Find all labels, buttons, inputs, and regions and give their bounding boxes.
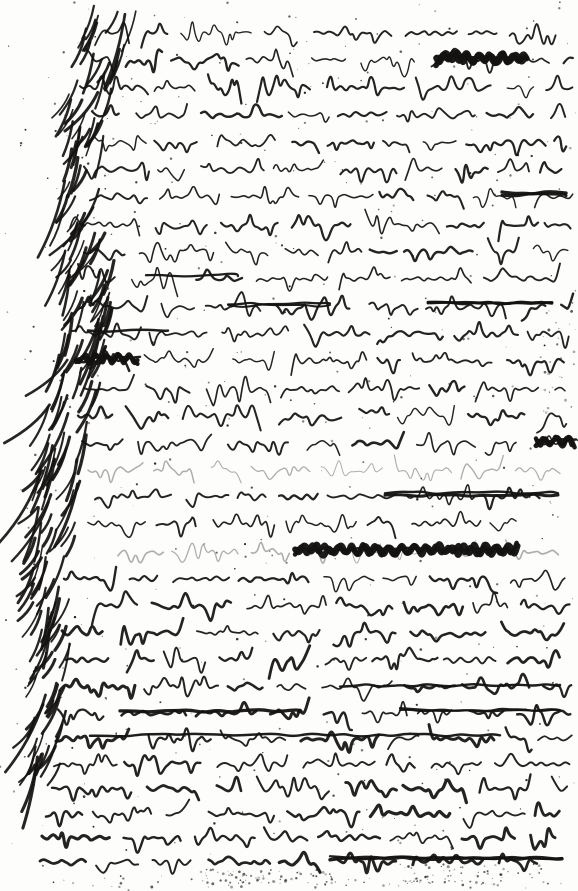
document-scan <box>0 0 578 891</box>
manuscript-page <box>0 0 578 891</box>
